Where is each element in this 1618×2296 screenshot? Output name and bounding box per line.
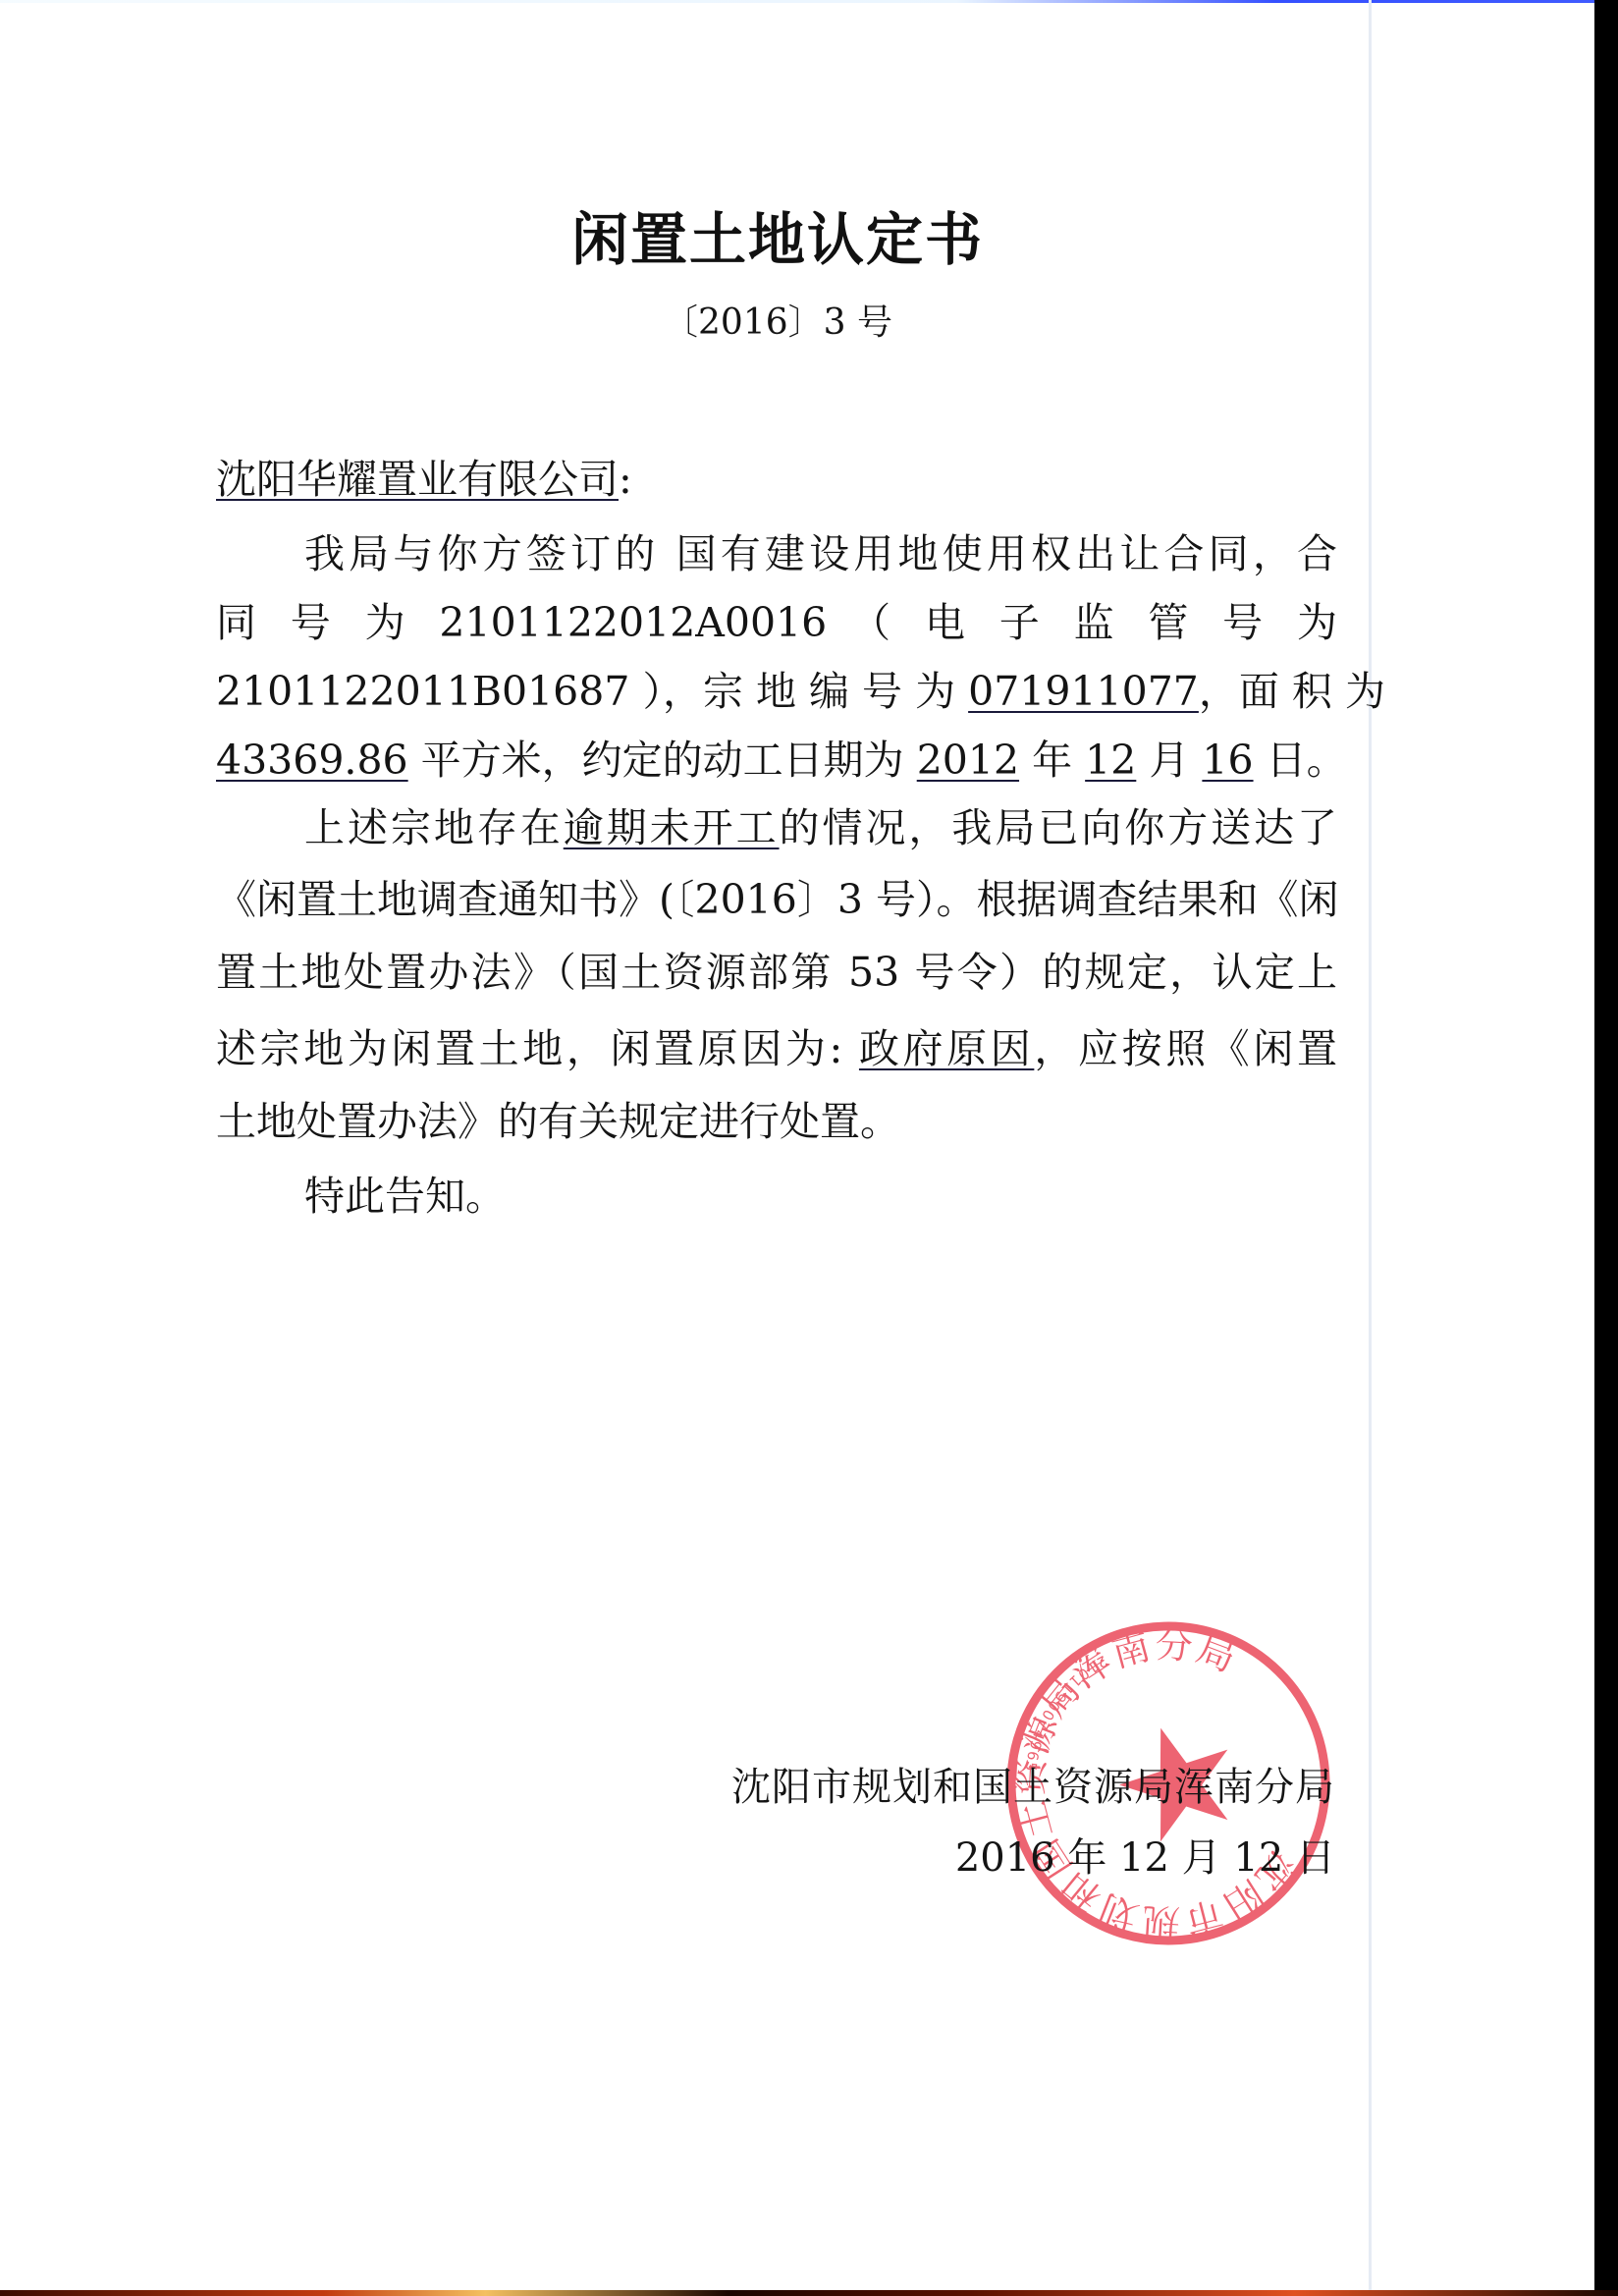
text-segment: 土地处置办法》的有关规定进行处置。 bbox=[216, 1098, 900, 1145]
text-segment: 上述宗地存在 bbox=[304, 804, 564, 851]
paragraph-1-line-4: 43369.86 平方米，约定的动工日期为 2012 年 12 月 16 日。 bbox=[216, 729, 1337, 792]
closing-remark: 特此告知。 bbox=[304, 1165, 1337, 1228]
paragraph-1-line-1: 我局与你方签订的 国有建设用地使用权出让合同，合 bbox=[304, 522, 1337, 585]
paragraph-2-line-3: 置土地处置办法》（国土资源部第 53 号令）的规定，认定上 bbox=[216, 941, 1337, 1004]
text-segment: 同 号 为 2101122012A0016 （ 电 子 监 管 号 为 bbox=[216, 599, 1337, 646]
text-segment: 2101122011B01687 ），宗 地 编 号 为 bbox=[216, 668, 968, 715]
text-segment: 平方米，约定的动工日期为 bbox=[408, 737, 917, 784]
underlined-value: 12 bbox=[1085, 737, 1136, 784]
paragraph-1-line-2: 同 号 为 2101122012A0016 （ 电 子 监 管 号 为 bbox=[216, 591, 1337, 654]
recipient-line: 沈阳华耀置业有限公司: bbox=[216, 448, 1337, 511]
text-segment: 的情况，我局已向你方送达了 bbox=[780, 804, 1337, 851]
document-number: 〔2016〕3 号 bbox=[0, 299, 1555, 348]
scanned-document-page: 闲置土地认定书 〔2016〕3 号 沈阳华耀置业有限公司: 我局与你方签订的 国… bbox=[0, 0, 1618, 2296]
text-segment: 《闲置土地调查通知书》(〔2016〕3 号）。根据调查结果和《闲 bbox=[216, 876, 1338, 923]
paragraph-2-line-2: 《闲置土地调查通知书》(〔2016〕3 号）。根据调查结果和《闲 bbox=[216, 868, 1337, 931]
recipient-name: 沈阳华耀置业有限公司 bbox=[216, 456, 619, 503]
text-segment: ，面 积 为 bbox=[1199, 668, 1385, 715]
paragraph-1-line-3: 2101122011B01687 ），宗 地 编 号 为 071911077，面… bbox=[216, 660, 1337, 723]
paragraph-2-line-4: 述宗地为闲置土地，闲置原因为: 政府原因，应按照《闲置 bbox=[216, 1017, 1337, 1080]
text-segment: 述宗地为闲置土地，闲置原因为: bbox=[216, 1025, 859, 1072]
issue-date: 2016 年 12 月 12 日 bbox=[884, 1829, 1335, 1887]
underlined-value: 政府原因 bbox=[859, 1025, 1034, 1072]
scan-bottom-border bbox=[0, 2290, 1618, 2296]
recipient-colon: : bbox=[619, 456, 632, 503]
text-segment: ，应按照《闲置 bbox=[1034, 1025, 1337, 1072]
scan-right-border bbox=[1594, 0, 1618, 2296]
scan-top-edge bbox=[0, 0, 1594, 3]
underlined-value: 2012 bbox=[917, 737, 1019, 784]
text-segment: 我局与你方签订的 国有建设用地使用权出让合同，合 bbox=[304, 530, 1337, 577]
text-segment: 年 bbox=[1019, 737, 1085, 784]
underlined-value: 16 bbox=[1202, 737, 1253, 784]
underlined-value: 43369.86 bbox=[216, 737, 408, 784]
text-segment: 置土地处置办法》（国土资源部第 53 号令）的规定，认定上 bbox=[216, 949, 1337, 996]
document-title: 闲置土地认定书 bbox=[0, 204, 1555, 275]
underlined-value: 逾期未开工 bbox=[564, 804, 780, 851]
paragraph-2-line-5: 土地处置办法》的有关规定进行处置。 bbox=[216, 1090, 1337, 1153]
text-segment: 月 bbox=[1136, 737, 1202, 784]
text-segment: 日。 bbox=[1254, 737, 1347, 784]
underlined-value: 071911077 bbox=[968, 668, 1199, 715]
paragraph-2-line-1: 上述宗地存在逾期未开工的情况，我局已向你方送达了 bbox=[304, 796, 1337, 859]
issuing-organization: 沈阳市规划和国土资源局浑南分局 bbox=[687, 1758, 1335, 1817]
